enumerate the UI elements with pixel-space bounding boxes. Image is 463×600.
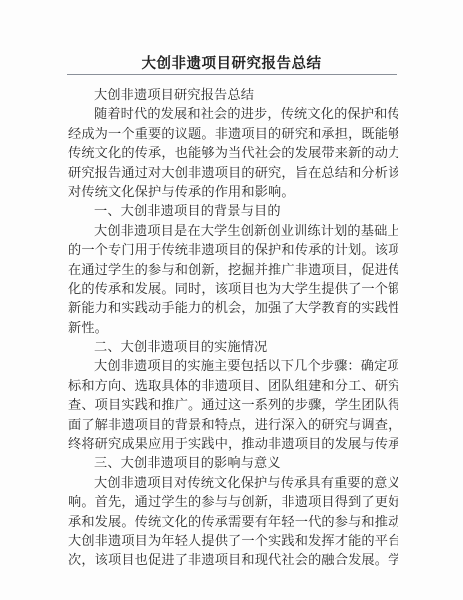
paragraph-line: 化的传承和发展。同时，该项目也为大学生提供了一个锻炼创	[68, 280, 398, 299]
document-title: 大创非遗项目研究报告总结	[0, 52, 463, 73]
document-page: 大创非遗项目研究报告总结 大创非遗项目研究报告总结 随着时代的发展和社会的进步，…	[0, 0, 463, 600]
section-heading-implementation: 二、大创非遗项目的实施情况	[68, 338, 398, 357]
paragraph-line: 对传统文化保护与传承的作用和影响。	[68, 183, 398, 202]
title-divider	[67, 74, 397, 75]
paragraph-line: 新性。	[68, 319, 398, 338]
document-subtitle: 大创非遗项目研究报告总结	[68, 86, 398, 105]
paragraph-line: 传统文化的传承，也能够为当代社会的发展带来新的动力。本	[68, 144, 398, 163]
paragraph-line: 在通过学生的参与和创新，挖掘并推广非遗项目，促进传统文	[68, 261, 398, 280]
paragraph-line: 大创非遗项目为年轻人提供了一个实践和发挥才能的平台。其	[68, 532, 398, 551]
paragraph-line: 标和方向、选取具体的非遗项目、团队组建和分工、研究和调	[68, 377, 398, 396]
section-heading-background: 一、大创非遗项目的背景与目的	[68, 202, 398, 221]
paragraph-line: 查、项目实践和推广。通过这一系列的步骤，学生团队得以全	[68, 396, 398, 415]
paragraph-line: 终将研究成果应用于实践中，推动非遗项目的发展与传承。	[68, 435, 398, 454]
paragraph-line: 新能力和实践动手能力的机会，加强了大学教育的实践性和创	[68, 299, 398, 318]
paragraph-line: 次，该项目也促进了非遗项目和现代社会的融合发展。学生们	[68, 551, 398, 570]
document-body: 大创非遗项目研究报告总结 随着时代的发展和社会的进步，传统文化的保护和传承已 经…	[68, 86, 398, 571]
section-heading-impact: 三、大创非遗项目的影响与意义	[68, 454, 398, 473]
paragraph-line: 面了解非遗项目的背景和特点，进行深入的研究与调查，并最	[68, 416, 398, 435]
paragraph-line: 研究报告通过对大创非遗项目的研究，旨在总结和分析该项目	[68, 164, 398, 183]
paragraph-line: 经成为一个重要的议题。非遗项目的研究和承担，既能够促进	[68, 125, 398, 144]
paragraph-line: 响。首先，通过学生的参与与创新，非遗项目得到了更好的传	[68, 493, 398, 512]
paragraph-line: 随着时代的发展和社会的进步，传统文化的保护和传承已	[68, 105, 398, 124]
paragraph-line: 的一个专门用于传统非遗项目的保护和传承的计划。该项目旨	[68, 241, 398, 260]
paragraph-line: 大创非遗项目是在大学生创新创业训练计划的基础上推出	[68, 222, 398, 241]
paragraph-line: 大创非遗项目的实施主要包括以下几个步骤：确定项目目	[68, 357, 398, 376]
paragraph-line: 大创非遗项目对传统文化保护与传承具有重要的意义和影	[68, 474, 398, 493]
paragraph-line: 承和发展。传统文化的传承需要有年轻一代的参与和推动，而	[68, 513, 398, 532]
